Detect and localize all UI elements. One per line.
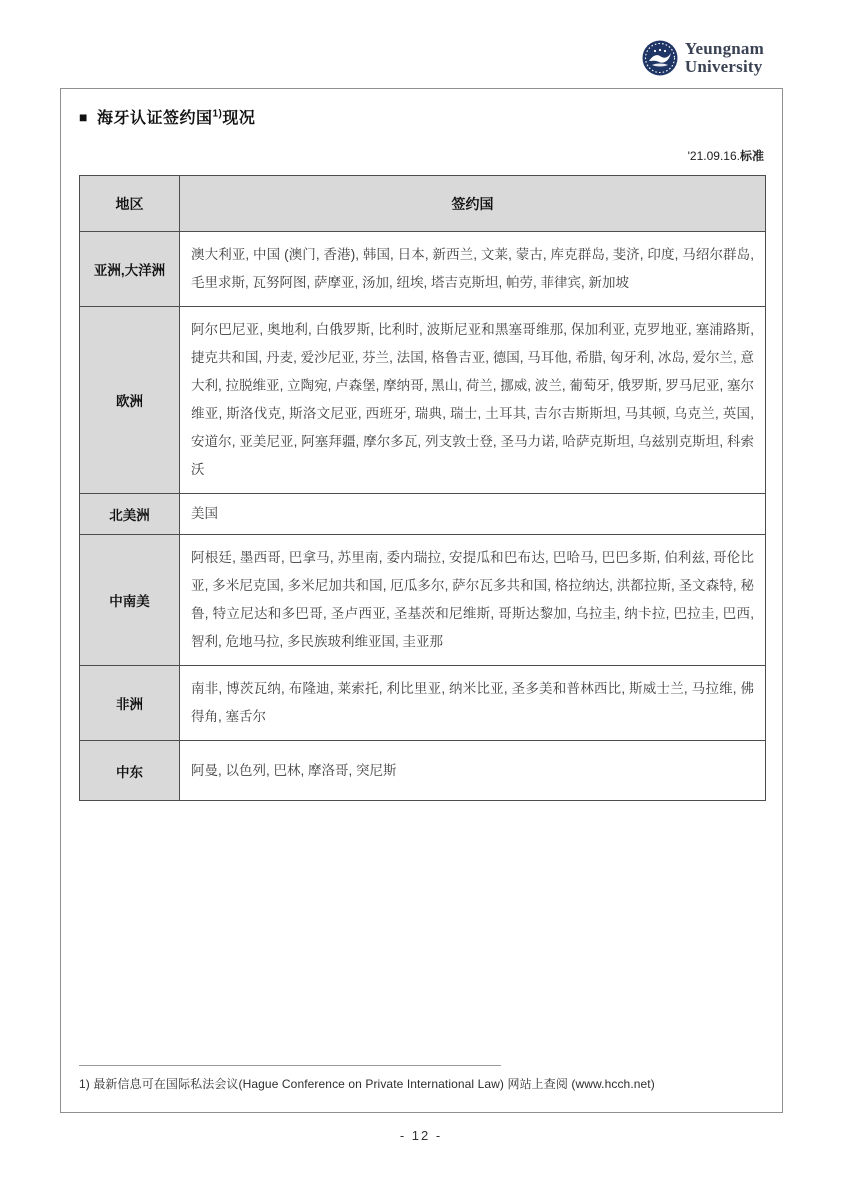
region-cell: 北美洲 bbox=[80, 494, 180, 535]
countries-cell: 澳大利亚, 中国 (澳门, 香港), 韩国, 日本, 新西兰, 文莱, 蒙古, … bbox=[180, 232, 766, 307]
title-footnote-ref: 1) bbox=[212, 109, 222, 120]
logo-text-line1: Yeungnam bbox=[685, 40, 764, 58]
document-page: Yeungnam University ■海牙认证签约国1)现况 '21.09.… bbox=[0, 0, 842, 1191]
table-row-africa: 非洲 南非, 博茨瓦纳, 布隆迪, 莱索托, 利比里亚, 纳米比亚, 圣多美和普… bbox=[80, 666, 766, 741]
university-logo: Yeungnam University bbox=[642, 40, 764, 76]
signatory-table: 地区 签约国 亚洲,大洋洲 澳大利亚, 中国 (澳门, 香港), 韩国, 日本,… bbox=[79, 175, 766, 801]
content-border-box: ■海牙认证签约国1)现况 '21.09.16.标准 地区 签约国 亚洲,大洋洲 … bbox=[60, 88, 783, 1113]
countries-cell: 美国 bbox=[180, 494, 766, 535]
logo-text-line2: University bbox=[685, 58, 764, 76]
title-text: 海牙认证签约国 bbox=[97, 110, 213, 127]
table-row-middle-east: 中东 阿曼, 以色列, 巴林, 摩洛哥, 突尼斯 bbox=[80, 741, 766, 801]
table-row-north-america: 北美洲 美国 bbox=[80, 494, 766, 535]
countries-cell: 南非, 博茨瓦纳, 布隆迪, 莱索托, 利比里亚, 纳米比亚, 圣多美和普林西比… bbox=[180, 666, 766, 741]
countries-cell: 阿曼, 以色列, 巴林, 摩洛哥, 突尼斯 bbox=[180, 741, 766, 801]
region-cell: 欧洲 bbox=[80, 307, 180, 494]
countries-cell: 阿根廷, 墨西哥, 巴拿马, 苏里南, 委内瑞拉, 安提瓜和巴布达, 巴哈马, … bbox=[180, 535, 766, 666]
date-suffix: 标准 bbox=[740, 149, 764, 163]
title-suffix: 现况 bbox=[222, 110, 255, 127]
table-row-central-south-america: 中南美 阿根廷, 墨西哥, 巴拿马, 苏里南, 委内瑞拉, 安提瓜和巴布达, 巴… bbox=[80, 535, 766, 666]
table-header-row: 地区 签约国 bbox=[80, 176, 766, 232]
countries-cell: 阿尔巴尼亚, 奥地利, 白俄罗斯, 比利时, 波斯尼亚和黑塞哥维那, 保加利亚,… bbox=[180, 307, 766, 494]
date-note: '21.09.16.标准 bbox=[688, 147, 764, 164]
region-cell: 中南美 bbox=[80, 535, 180, 666]
footnote-divider bbox=[79, 1065, 501, 1066]
region-cell: 非洲 bbox=[80, 666, 180, 741]
footnote-text: 1) 最新信息可在国际私法会议(Hague Conference on Priv… bbox=[79, 1075, 764, 1092]
university-emblem-icon bbox=[642, 40, 678, 76]
region-cell: 中东 bbox=[80, 741, 180, 801]
date-value: '21.09.16. bbox=[688, 149, 740, 163]
table-row-asia-oceania: 亚洲,大洋洲 澳大利亚, 中国 (澳门, 香港), 韩国, 日本, 新西兰, 文… bbox=[80, 232, 766, 307]
column-header-countries: 签约国 bbox=[180, 176, 766, 232]
region-cell: 亚洲,大洋洲 bbox=[80, 232, 180, 307]
footnote-marker: 1) bbox=[79, 1077, 90, 1091]
page-title: ■海牙认证签约国1)现况 bbox=[79, 105, 255, 128]
logo-text: Yeungnam University bbox=[685, 40, 764, 76]
title-bullet-icon: ■ bbox=[79, 109, 88, 125]
column-header-region: 地区 bbox=[80, 176, 180, 232]
page-number: - 12 - bbox=[0, 1128, 842, 1143]
table-row-europe: 欧洲 阿尔巴尼亚, 奥地利, 白俄罗斯, 比利时, 波斯尼亚和黑塞哥维那, 保加… bbox=[80, 307, 766, 494]
footnote-body: 最新信息可在国际私法会议(Hague Conference on Private… bbox=[93, 1077, 655, 1091]
footnote: 1) 最新信息可在国际私法会议(Hague Conference on Priv… bbox=[79, 1065, 764, 1092]
